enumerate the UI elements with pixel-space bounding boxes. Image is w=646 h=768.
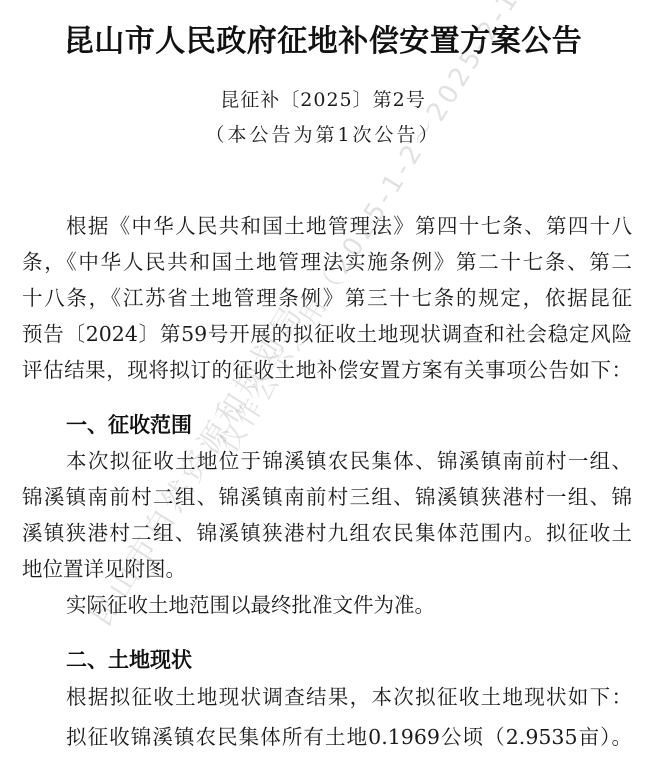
document-title: 昆山市人民政府征地补偿安置方案公告 <box>0 20 646 64</box>
section-line: 本次拟征收土地位于锦溪镇农民集体、锦溪镇南前村一组、 <box>66 443 632 479</box>
section-heading: 二、土地现状 <box>66 642 192 678</box>
notice-count: （本公告为第1次公告） <box>0 121 646 149</box>
section-heading: 一、征收范围 <box>66 407 192 443</box>
document-number: 昆征补〔2025〕第2号 <box>0 86 646 114</box>
section-line: 根据拟征收土地现状调查结果，本次拟征收土地现状如下： <box>66 679 632 715</box>
section-line: 锦溪镇南前村二组、锦溪镇南前村三组、锦溪镇狭港村一组、锦 <box>22 479 632 515</box>
section-line: 实际征收土地范围以最终批准文件为准。 <box>66 587 632 623</box>
intro-line: 评估结果，现将拟订的征收土地补偿安置方案有关事项公告如下： <box>22 352 632 388</box>
document-page: 昆山市人民政府征地补偿安置方案公告 昆征补〔2025〕第2号 （本公告为第1次公… <box>0 0 646 768</box>
intro-line: 十八条，《江苏省土地管理条例》第三十七条的规定，依据昆征 <box>22 280 632 316</box>
intro-line: 条，《中华人民共和国土地管理法实施条例》第二十七条、第二 <box>22 244 632 280</box>
intro-line: 预告〔2024〕第59号开展的拟征收土地现状调查和社会稳定风险 <box>22 316 632 352</box>
section-line: 地位置详见附图。 <box>22 551 632 587</box>
intro-line: 根据《中华人民共和国土地管理法》第四十七条、第四十八 <box>66 208 632 244</box>
section-line: 拟征收锦溪镇农民集体所有土地0.1969公顷（2.9535亩）。 <box>66 719 632 755</box>
section-line: 溪镇狭港村二组、锦溪镇狭港村九组农民集体范围内。拟征收土 <box>22 515 632 551</box>
